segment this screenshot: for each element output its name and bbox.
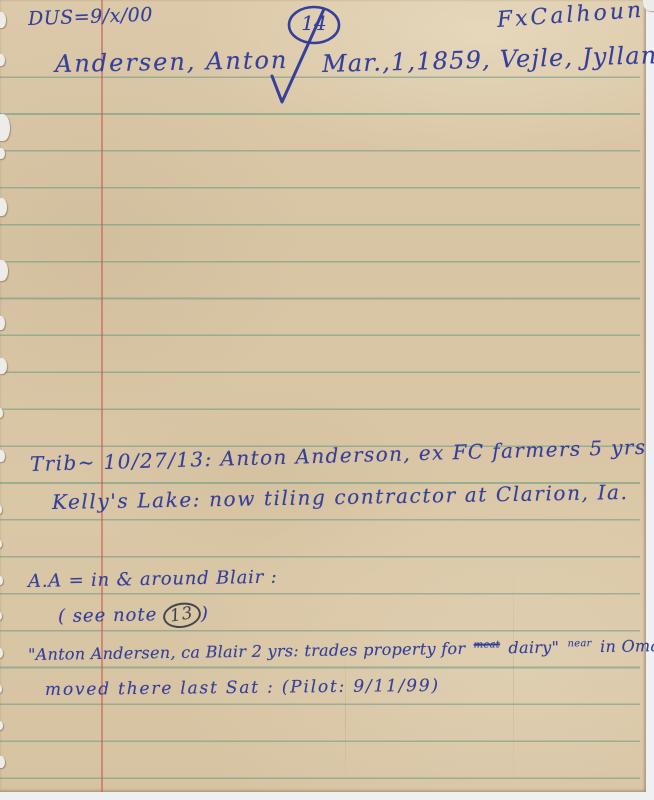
- ruled-lines: [0, 41, 640, 786]
- paper-crease: [345, 640, 346, 792]
- quote-part2: dairy": [508, 638, 559, 658]
- note-see-note: ( see note13): [58, 602, 209, 630]
- see-note-suffix: ): [201, 603, 209, 624]
- note-residence: A.A = in & around Blair :: [28, 567, 278, 592]
- paper-sheet: DUS=9/x/00 14 FxCalhoun Andersen, Anton …: [0, 0, 646, 792]
- quote-insertion: near: [568, 638, 592, 649]
- circled-note-number: 13: [162, 600, 203, 631]
- header-code: DUS=9/x/00: [28, 4, 154, 30]
- quote-struck-insertion: meat: [474, 639, 500, 650]
- page-number: 14: [295, 11, 333, 35]
- red-margin-line: [101, 0, 103, 792]
- entry-name: Andersen, Anton: [55, 46, 289, 78]
- header-owner-name: FxCalhoun: [496, 0, 645, 33]
- see-note-prefix: ( see note: [58, 604, 158, 627]
- scanned-notebook-page: DUS=9/x/00 14 FxCalhoun Andersen, Anton …: [0, 0, 654, 800]
- note-quote-line2: moved there last Sat : (Pilot: 9/11/99): [45, 676, 440, 700]
- paper-crease: [513, 560, 514, 792]
- quote-part3: in Omaha: [600, 636, 654, 656]
